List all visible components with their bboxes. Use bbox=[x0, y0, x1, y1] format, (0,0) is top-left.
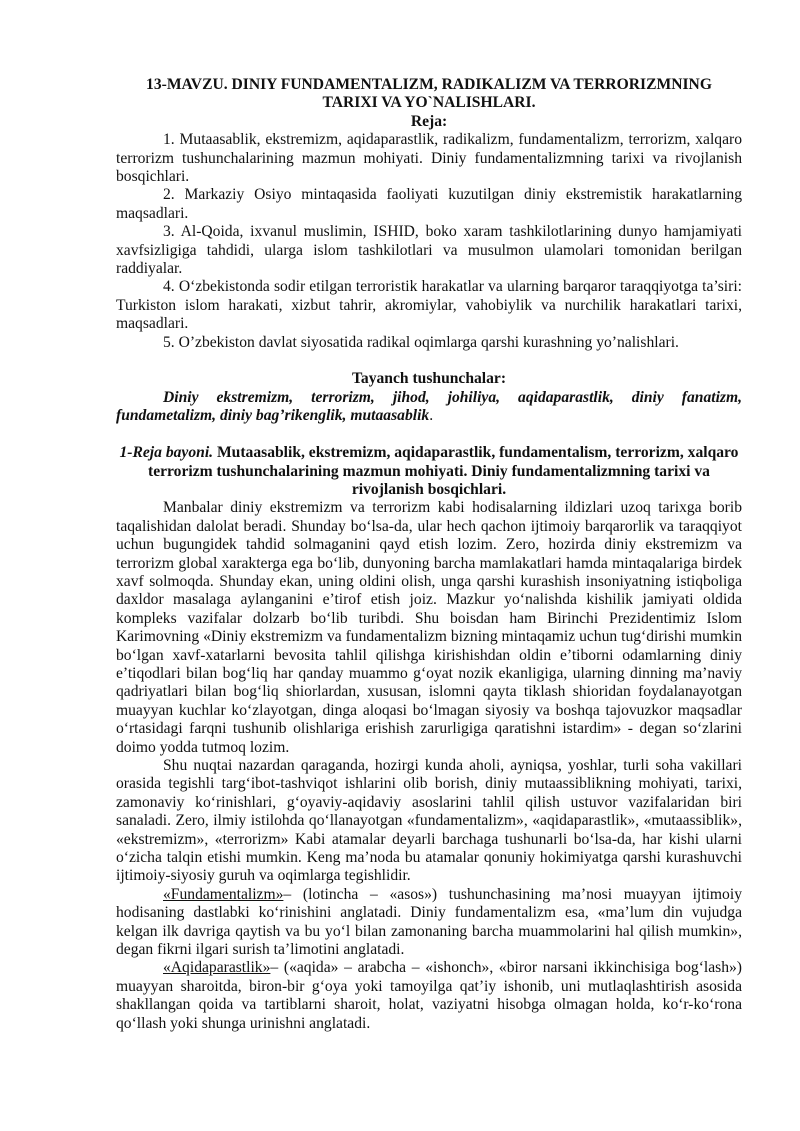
spacer bbox=[116, 352, 742, 370]
definition-fundamentalizm: «Fundamentalizm»– (lotincha – «asos») tu… bbox=[116, 886, 742, 960]
document-title: 13-MAVZU. DINIY FUNDAMENTALIZM, RADIKALI… bbox=[116, 76, 742, 113]
title-line-2: TARIXI VA YO`NALISHLARI. bbox=[322, 94, 535, 111]
title-line-1: 13-MAVZU. DINIY FUNDAMENTALIZM, RADIKALI… bbox=[146, 76, 712, 93]
plan-list: 1. Mutaasablik, ekstremizm, aqidaparastl… bbox=[116, 131, 742, 352]
plan-item: 5. O’zbekiston davlat siyosatida radikal… bbox=[116, 334, 742, 352]
document-page: 13-MAVZU. DINIY FUNDAMENTALIZM, RADIKALI… bbox=[116, 76, 742, 1033]
key-concepts: Diniy ekstremizm, terrorizm, jihod, johi… bbox=[116, 389, 742, 426]
plan-item: 1. Mutaasablik, ekstremizm, aqidaparastl… bbox=[116, 131, 742, 186]
plan-item: 4. O‘zbekistonda sodir etilgan terrorist… bbox=[116, 278, 742, 333]
spacer bbox=[116, 426, 742, 444]
section-heading-text: Mutaasablik, ekstremizm, aqidaparastlik,… bbox=[148, 444, 738, 498]
definition-aqidaparastlik: «Aqidaparastlik»– («aqida» – arabcha – «… bbox=[116, 959, 742, 1033]
definition-term: «Fundamentalizm» bbox=[163, 886, 283, 903]
section-heading: 1-Reja bayoni. Mutaasablik, ekstremizm, … bbox=[116, 444, 742, 499]
definition-term: «Aqidaparastlik» bbox=[163, 959, 270, 976]
plan-heading: Reja: bbox=[116, 113, 742, 131]
key-concepts-end: . bbox=[429, 407, 433, 424]
paragraph: Shu nuqtai nazardan qaraganda, hozirgi k… bbox=[116, 757, 742, 886]
paragraph: Manbalar diniy ekstremizm va terrorizm k… bbox=[116, 499, 742, 757]
plan-item: 2. Markaziy Osiyo mintaqasida faoliyati … bbox=[116, 186, 742, 223]
key-concepts-heading: Tayanch tushunchalar: bbox=[116, 370, 742, 388]
plan-item: 3. Al-Qoida, ixvanul muslimin, ISHID, bo… bbox=[116, 223, 742, 278]
section-label: 1-Reja bayoni. bbox=[120, 444, 214, 461]
